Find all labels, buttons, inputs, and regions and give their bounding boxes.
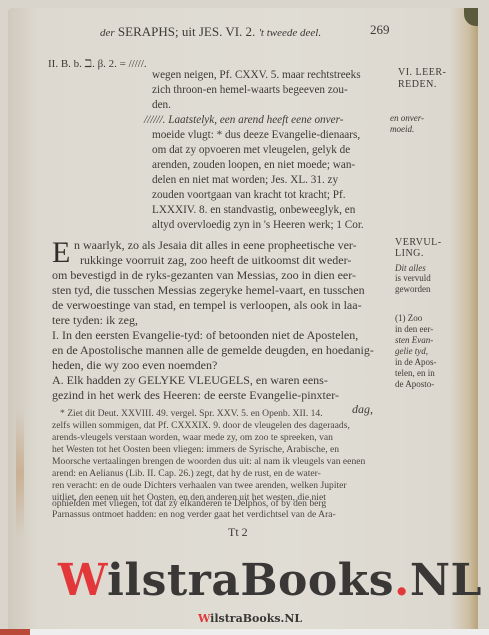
margin-note: sten Evan- — [395, 335, 433, 346]
margin-note: VI. LEER- — [398, 68, 446, 79]
footnote-line: arends-vleugels verstaan worden, waar me… — [52, 432, 333, 444]
margin-note: gelie tyd, — [395, 346, 428, 357]
main-line: n waarlyk, zo als Jesaia dit alles in ee… — [74, 238, 357, 254]
running-title: SERAPHS; uit JES. VI. 2. — [118, 24, 255, 39]
watermark-dot: . — [394, 555, 410, 606]
reference-line: II. B. b. ℶ. β. 2. = /////. — [48, 57, 147, 70]
watermark-name: ilstraBooks — [107, 555, 394, 606]
page-corner-shadow — [464, 8, 478, 26]
margin-note: in de Apos- — [395, 357, 437, 368]
indented-line: //////. Laatstelyk, een arend heeft eene… — [144, 113, 343, 128]
watermark-tld: NL — [410, 555, 482, 606]
footnote-line: Moorsche vertaalingen brengen de woorden… — [52, 456, 365, 468]
indented-line: zich throon-en hemel-waarts begeeven zou… — [152, 83, 348, 98]
drop-cap: E — [52, 238, 70, 268]
page-number: 269 — [370, 22, 390, 38]
margin-note: REDEN. — [398, 80, 437, 91]
margin-note: moeid. — [390, 124, 414, 135]
running-title-prefix: der — [100, 27, 115, 39]
margin-note: de Aposto- — [395, 379, 434, 390]
indented-line: moeide vlugt: * dus deeze Evangelie-dien… — [152, 128, 360, 143]
page-stain — [16, 408, 24, 538]
indented-line: arenden, zouden loopen, en niet moede; w… — [152, 158, 355, 173]
main-line: A. Elk hadden zy GELYKE VLEUGELS, en war… — [52, 373, 328, 389]
indented-line: altyd overvloedig zyn in 's Heeren werk;… — [152, 218, 364, 233]
footnote-line: * Ziet dit Deut. XXVIII. 49. vergel. Spr… — [60, 408, 323, 420]
main-line: tere tyden: ik zeg, — [52, 313, 138, 329]
signature-mark: Tt 2 — [228, 525, 248, 540]
margin-note: LING. — [395, 249, 424, 260]
watermark-small-name: ilstraBooks.NL — [210, 612, 302, 625]
main-line: sten tyd, die tusschen Messias zegeryke … — [52, 283, 365, 299]
indented-line: den. — [152, 98, 171, 113]
footnote-line: ren veracht: en de oude Dichters verhaal… — [52, 480, 347, 492]
indented-line: delen en niet mat worden; Jes. XL. 31. z… — [152, 173, 338, 188]
margin-note: geworden — [395, 284, 431, 295]
margin-note: VERVUL- — [395, 238, 442, 249]
margin-note: en onver- — [390, 113, 424, 124]
running-title-suffix: 't tweede deel. — [259, 27, 322, 39]
main-line: en de Apostolische mannen alle de gemeld… — [52, 343, 374, 359]
footnote-line: Parnassus ontmoet hadden: en nog verder … — [52, 509, 336, 521]
margin-note: in den eer- — [395, 324, 433, 335]
margin-note: is vervuld — [395, 273, 431, 284]
watermark-logo-small: WilstraBooks.NL — [198, 612, 302, 625]
footnote-line: zelfs willen sommigen, dat Pf. CXXXIX. 9… — [52, 420, 350, 432]
indented-line: zouden voortgaan van kracht tot kracht; … — [152, 188, 346, 203]
footnote-line: het Westen tot het Oosten been vliegen: … — [52, 444, 339, 456]
bottom-edge — [0, 629, 489, 635]
watermark-initial: W — [58, 555, 107, 606]
indented-line: wegen neigen, Pf. CXXV. 5. maar rechtstr… — [152, 68, 361, 83]
main-line: heden, die wy zoo even noemden? — [52, 358, 217, 374]
main-line: dag, — [352, 402, 373, 418]
margin-note: telen, en in — [395, 368, 435, 379]
main-line: I. In den eersten Evangelie-tyd: of beto… — [52, 328, 358, 344]
margin-note: Dit alles — [395, 263, 426, 274]
main-line: de verwoestinge van stad, en tempel is v… — [52, 298, 362, 314]
indented-line: LXXXIV. 8. en standvastig, onbeweeglyk, … — [152, 203, 355, 218]
main-line: om bevestigd in de ryks-gezanten van Mes… — [52, 268, 356, 284]
main-line: gezind in het werk des Heeren: de eerste… — [52, 388, 339, 404]
main-line: rukkinge voorruit zag, zoo heeft de uitk… — [80, 253, 351, 269]
watermark-small-initial: W — [198, 612, 210, 625]
watermark-logo: WilstraBooks.NL — [58, 555, 482, 606]
margin-note: (1) Zoo — [395, 313, 422, 324]
indented-line: om dat zy opvoeren met vleugelen, gelyk … — [152, 143, 350, 158]
running-header: der SERAPHS; uit JES. VI. 2. 't tweede d… — [100, 24, 321, 40]
footnote-line: arend: en Aelianus (Lib. II. Cap. 26.) z… — [52, 468, 321, 480]
